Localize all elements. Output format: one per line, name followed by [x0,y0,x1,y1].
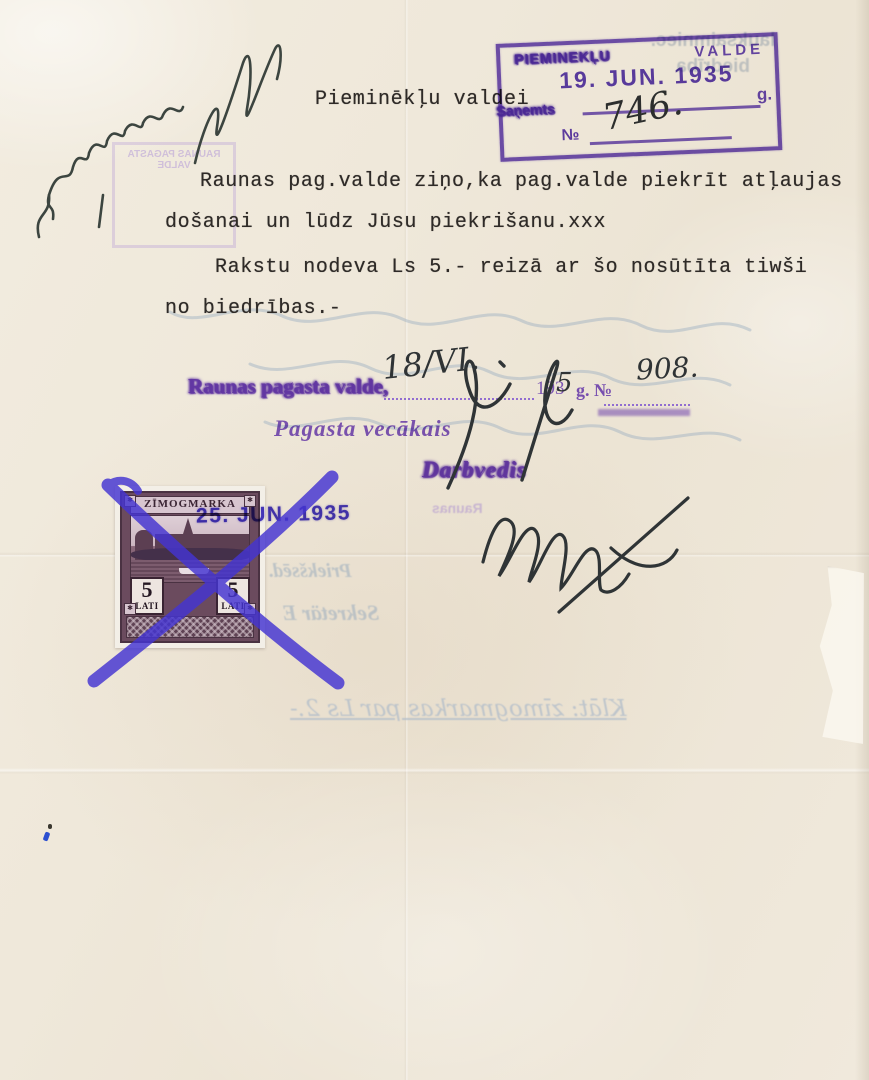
paper-right-edge-shadow [855,0,869,1080]
receipt-year-suffix: g. [756,84,772,105]
elder-title-stamp: Pagasta vecākais [274,416,452,442]
receipt-stamp-box: PIEMINEKĻU VALDE 19. JUN. 1935 g. Saņemt… [496,32,783,162]
sender-number-underline-smear [598,409,690,416]
body-line-4: no biedrības.- [165,297,341,320]
clerk-signature [465,470,705,620]
vertical-fold-crease [404,0,408,1080]
ink-speck-blue [43,831,51,841]
document-page: lauksaimniec. biedrība RAUNAS PAGASTA VA… [0,0,869,1080]
receipt-number-label: № [561,127,580,146]
sender-number-dotted-line [604,404,690,406]
sender-stamp-name: Raunas pagasta valde, [188,374,388,399]
handwritten-sender-number: 908. [635,350,699,386]
receipt-received-label: Saņemts [496,101,555,119]
body-line-3: Rakstu nodeva Ls 5.- reizā ar šo nosūtīt… [215,256,807,279]
ink-speck-dark [48,824,52,829]
horizontal-crease-lower [0,768,869,774]
receipt-stamp-org-word2: VALDE [694,41,764,61]
body-line-1: Raunas pag.valde ziņo,ka pag.valde piekr… [200,170,843,193]
torn-repair-patch [812,566,864,744]
body-line-2: došanai un lūdz Jūsu piekrišanu.xxx [165,211,606,234]
cancellation-cross-strokes [80,455,360,705]
